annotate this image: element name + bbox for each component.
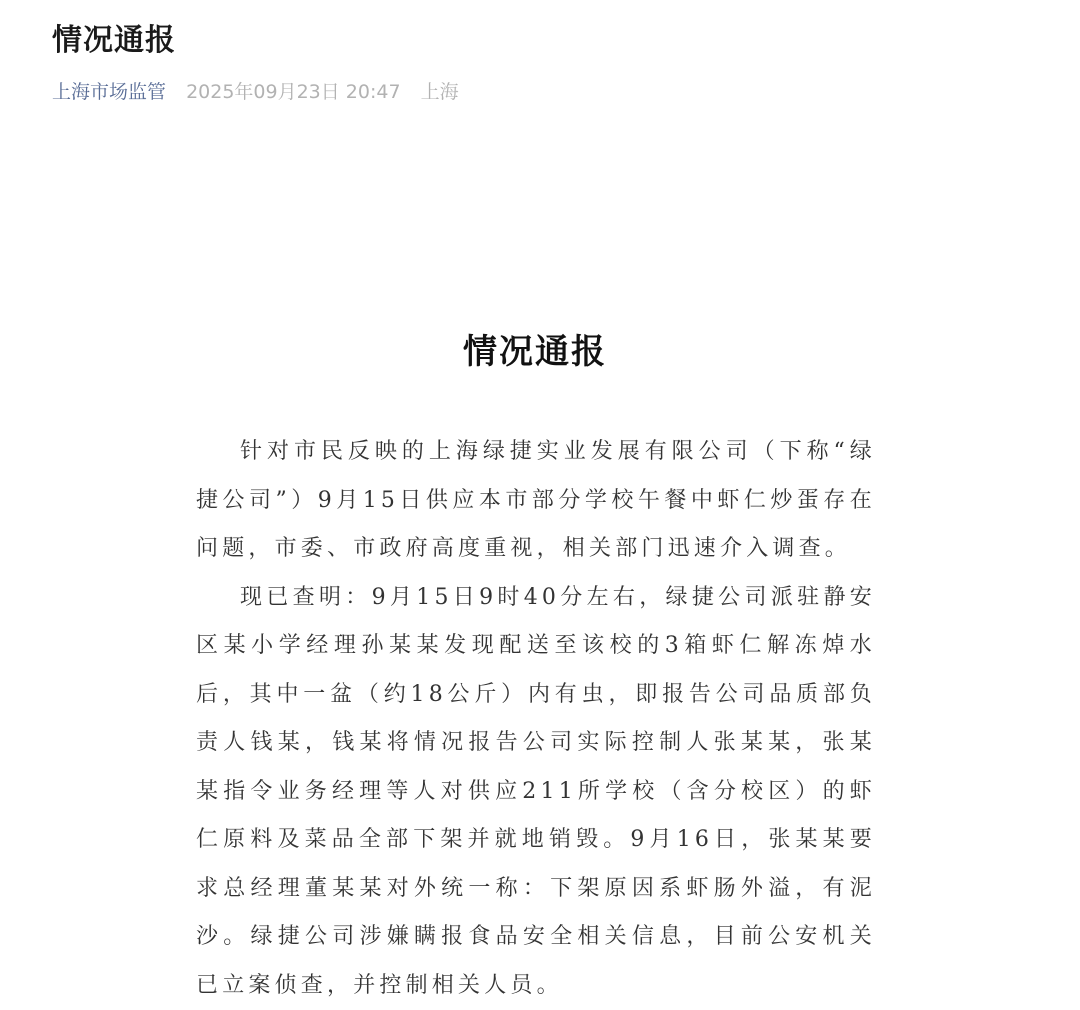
article-title: 情况通报 bbox=[52, 18, 459, 64]
publish-date: 2025年09月23日 20:47 bbox=[186, 81, 401, 103]
publish-location: 上海 bbox=[421, 81, 459, 103]
notice-title: 情况通报 bbox=[0, 324, 1070, 373]
notice-body: 针对市民反映的上海绿捷实业发展有限公司（下称“绿捷公司”）9月15日供应本市部分… bbox=[196, 428, 876, 1010]
author-link[interactable]: 上海市场监管 bbox=[52, 81, 166, 103]
notice-paragraph: 针对市民反映的上海绿捷实业发展有限公司（下称“绿捷公司”）9月15日供应本市部分… bbox=[196, 428, 876, 574]
notice-image: 情况通报 针对市民反映的上海绿捷实业发展有限公司（下称“绿捷公司”）9月15日供… bbox=[0, 300, 1080, 1010]
article-header: 情况通报 上海市场监管 2025年09月23日 20:47 上海 bbox=[52, 18, 459, 106]
article-meta: 上海市场监管 2025年09月23日 20:47 上海 bbox=[52, 78, 459, 106]
notice-paragraph: 现已查明：9月15日9时40分左右，绿捷公司派驻静安区某小学经理孙某某发现配送至… bbox=[196, 574, 876, 1010]
